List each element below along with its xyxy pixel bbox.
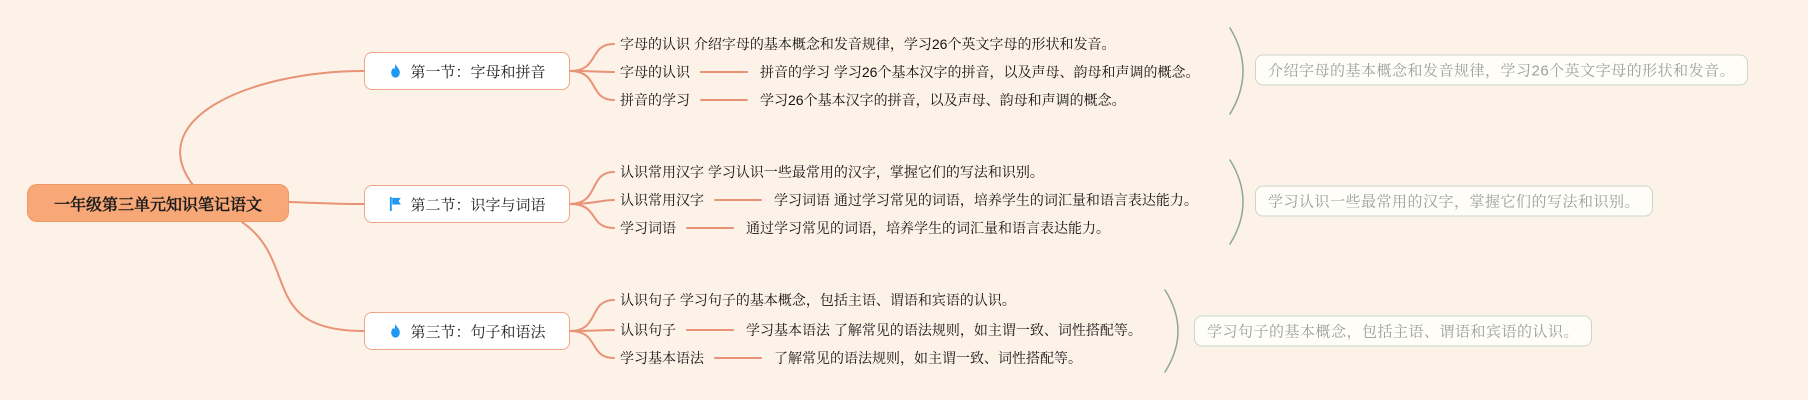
item-connector-dash: [714, 199, 762, 201]
item-connector-dash: [714, 357, 762, 359]
flag-icon: [388, 196, 403, 212]
summary-note-1[interactable]: 介绍字母的基本概念和发音规律，学习26个英文字母的形状和发音。: [1255, 55, 1748, 86]
branch1-item-2[interactable]: 字母的认识 拼音的学习 学习26个基本汉字的拼音，以及声母、韵母和声调的概念。: [620, 62, 1199, 82]
item-connector-dash: [686, 329, 734, 331]
item-text: 认识句子 学习句子的基本概念，包括主语、谓语和宾语的认识。: [620, 290, 1016, 310]
summary-note-3[interactable]: 学习句子的基本概念，包括主语、谓语和宾语的认识。: [1194, 316, 1592, 347]
item-connector-dash: [700, 99, 748, 101]
item-label: 学习基本语法: [620, 348, 704, 368]
branch-node-label: 第三节：句子和语法: [410, 321, 545, 342]
summary-note-text: 介绍字母的基本概念和发音规律，学习26个英文字母的形状和发音。: [1268, 63, 1735, 80]
summary-note-2[interactable]: 学习认识一些最常用的汉字，掌握它们的写法和识别。: [1255, 186, 1653, 217]
item-text: 学习26个基本汉字的拼音，以及声母、韵母和声调的概念。: [760, 90, 1126, 110]
branch2-item-3[interactable]: 学习词语 通过学习常见的词语，培养学生的词汇量和语言表达能力。: [620, 218, 1110, 238]
branch3-item-1[interactable]: 认识句子 学习句子的基本概念，包括主语、谓语和宾语的认识。: [620, 290, 1016, 310]
root-node-label: 一年级第三单元知识笔记语文: [54, 192, 262, 215]
branch1-item-1[interactable]: 字母的认识 介绍字母的基本概念和发音规律，学习26个英文字母的形状和发音。: [620, 34, 1115, 54]
branch-node-2[interactable]: 第二节：识字与词语: [364, 185, 570, 223]
root-node[interactable]: 一年级第三单元知识笔记语文: [27, 184, 289, 222]
branch-node-3[interactable]: 第三节：句子和语法: [364, 312, 570, 350]
branch2-item-2[interactable]: 认识常用汉字 学习词语 通过学习常见的词语，培养学生的词汇量和语言表达能力。: [620, 190, 1198, 210]
item-connector-dash: [700, 71, 748, 73]
mindmap-canvas: 一年级第三单元知识笔记语文 第一节：字母和拼音 第二节：识字与词语 第三节：句子…: [0, 0, 1808, 400]
summary-note-text: 学习句子的基本概念，包括主语、谓语和宾语的认识。: [1207, 324, 1579, 341]
item-label: 认识句子: [620, 320, 676, 340]
item-text: 字母的认识 介绍字母的基本概念和发音规律，学习26个英文字母的形状和发音。: [620, 34, 1115, 54]
branch-node-label: 第一节：字母和拼音: [410, 61, 545, 82]
branch-node-1[interactable]: 第一节：字母和拼音: [364, 52, 570, 90]
branch3-item-2[interactable]: 认识句子 学习基本语法 了解常见的语法规则，如主谓一致、词性搭配等。: [620, 320, 1142, 340]
flame-icon: [388, 63, 403, 79]
flame-icon: [388, 323, 403, 339]
item-text: 了解常见的语法规则，如主谓一致、词性搭配等。: [774, 348, 1082, 368]
branch-node-label: 第二节：识字与词语: [410, 194, 545, 215]
branch1-item-3[interactable]: 拼音的学习 学习26个基本汉字的拼音，以及声母、韵母和声调的概念。: [620, 90, 1126, 110]
item-label: 字母的认识: [620, 62, 690, 82]
branch3-item-3[interactable]: 学习基本语法 了解常见的语法规则，如主谓一致、词性搭配等。: [620, 348, 1082, 368]
item-label: 认识常用汉字: [620, 190, 704, 210]
item-text: 认识常用汉字 学习认识一些最常用的汉字，掌握它们的写法和识别。: [620, 162, 1044, 182]
item-label: 拼音的学习: [620, 90, 690, 110]
summary-note-text: 学习认识一些最常用的汉字，掌握它们的写法和识别。: [1268, 194, 1640, 211]
item-text: 学习基本语法 了解常见的语法规则，如主谓一致、词性搭配等。: [746, 320, 1142, 340]
item-text: 通过学习常见的词语，培养学生的词汇量和语言表达能力。: [746, 218, 1110, 238]
item-text: 学习词语 通过学习常见的词语，培养学生的词汇量和语言表达能力。: [774, 190, 1198, 210]
item-connector-dash: [686, 227, 734, 229]
item-label: 学习词语: [620, 218, 676, 238]
item-text: 拼音的学习 学习26个基本汉字的拼音，以及声母、韵母和声调的概念。: [760, 62, 1199, 82]
branch2-item-1[interactable]: 认识常用汉字 学习认识一些最常用的汉字，掌握它们的写法和识别。: [620, 162, 1044, 182]
